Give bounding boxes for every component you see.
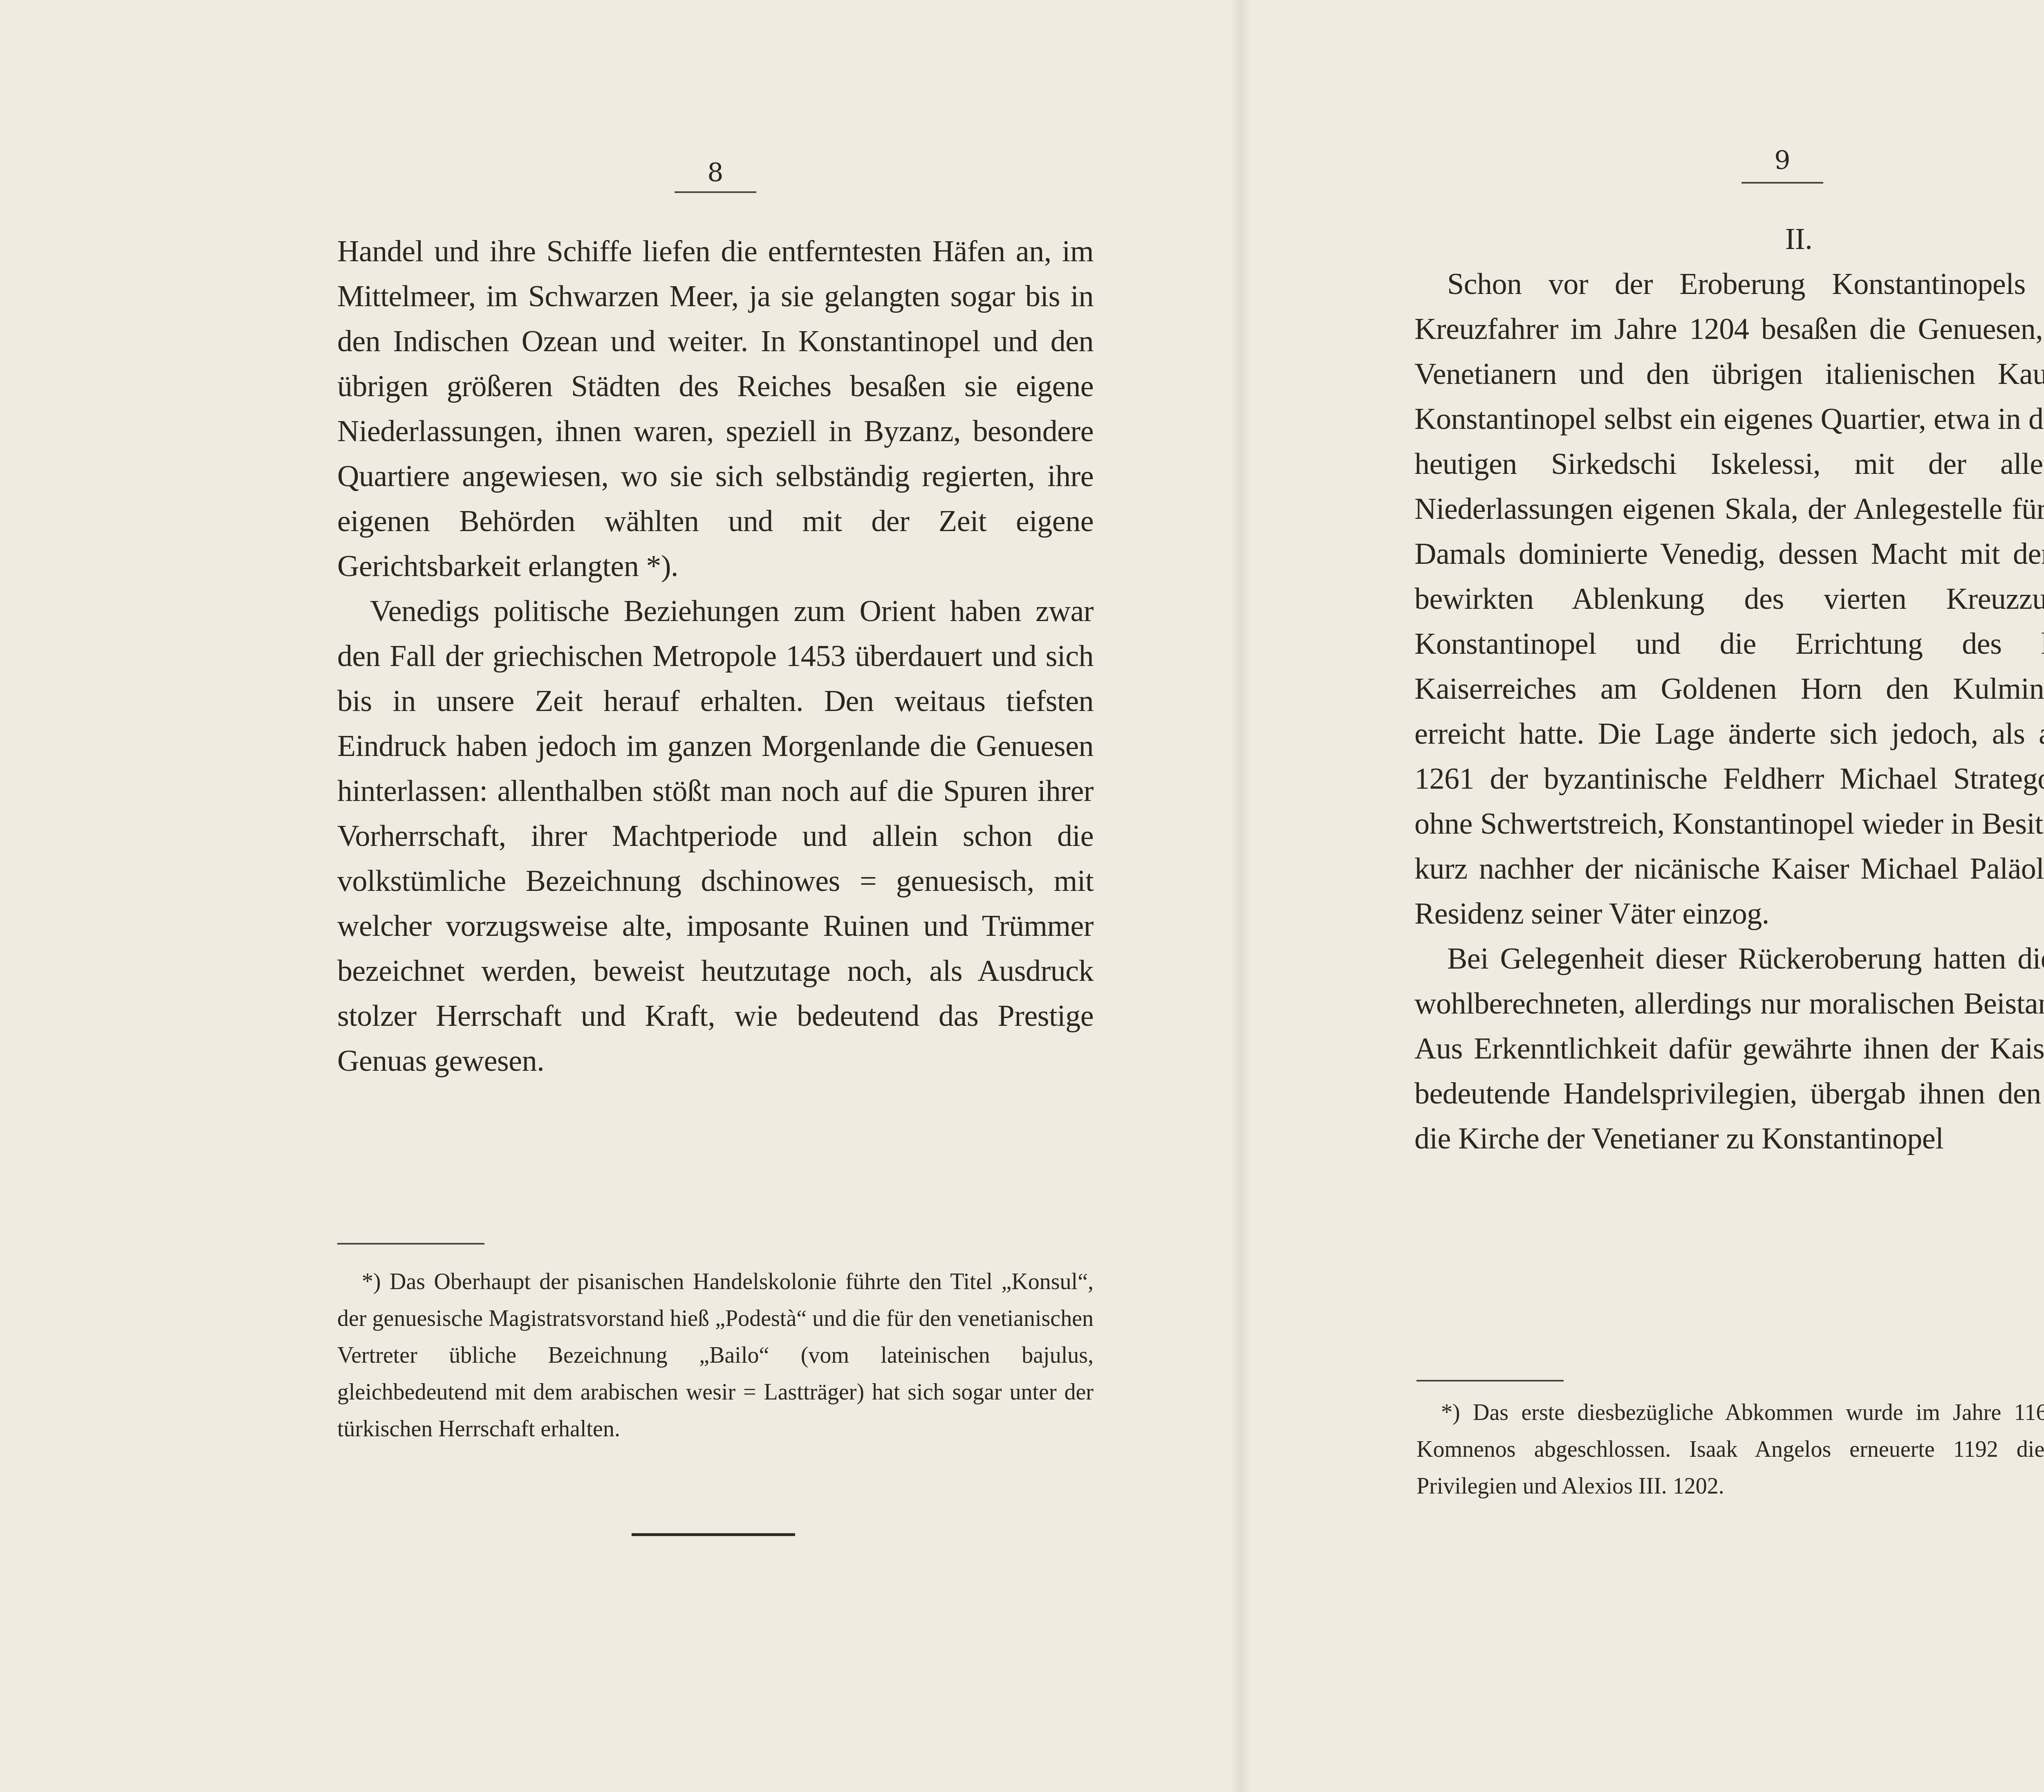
footnote-rule [1416,1380,1564,1382]
book-spread: 8 Handel und ihre Schiffe liefen die ent… [0,0,2044,1792]
footnote-text: *) Das Oberhaupt der pisanischen Handels… [337,1263,1094,1447]
footnote-rule [337,1243,484,1245]
paragraph: Handel und ihre Schiffe liefen die entfe… [337,229,1094,589]
page-number-rule [1741,182,1823,184]
footnote-text: *) Das erste diesbezügliche Abkommen wur… [1416,1394,2044,1505]
end-rule [632,1533,795,1536]
left-footnote: *) Das Oberhaupt der pisanischen Handels… [337,1263,1094,1447]
right-body-text: II. Schon vor der Eroberung Konstantinop… [1414,217,2044,1161]
left-page: 8 Handel und ihre Schiffe liefen die ent… [0,0,1239,1792]
paragraph: Venedigs politische Beziehungen zum Orie… [337,589,1094,1083]
page-number-rule [675,191,756,193]
right-page: 9 II. Schon vor der Eroberung Konstantin… [1239,0,2044,1792]
paragraph: Bei Gelegenheit dieser Rückeroberung hat… [1414,936,2044,1161]
page-number-right: 9 [1721,145,1844,175]
page-number-left: 8 [654,157,777,187]
right-footnote: *) Das erste diesbezügliche Abkommen wur… [1416,1394,2044,1505]
left-body-text: Handel und ihre Schiffe liefen die entfe… [337,229,1094,1083]
section-heading: II. [1414,217,2044,262]
paragraph: Schon vor der Eroberung Konstantinopels … [1414,262,2044,936]
